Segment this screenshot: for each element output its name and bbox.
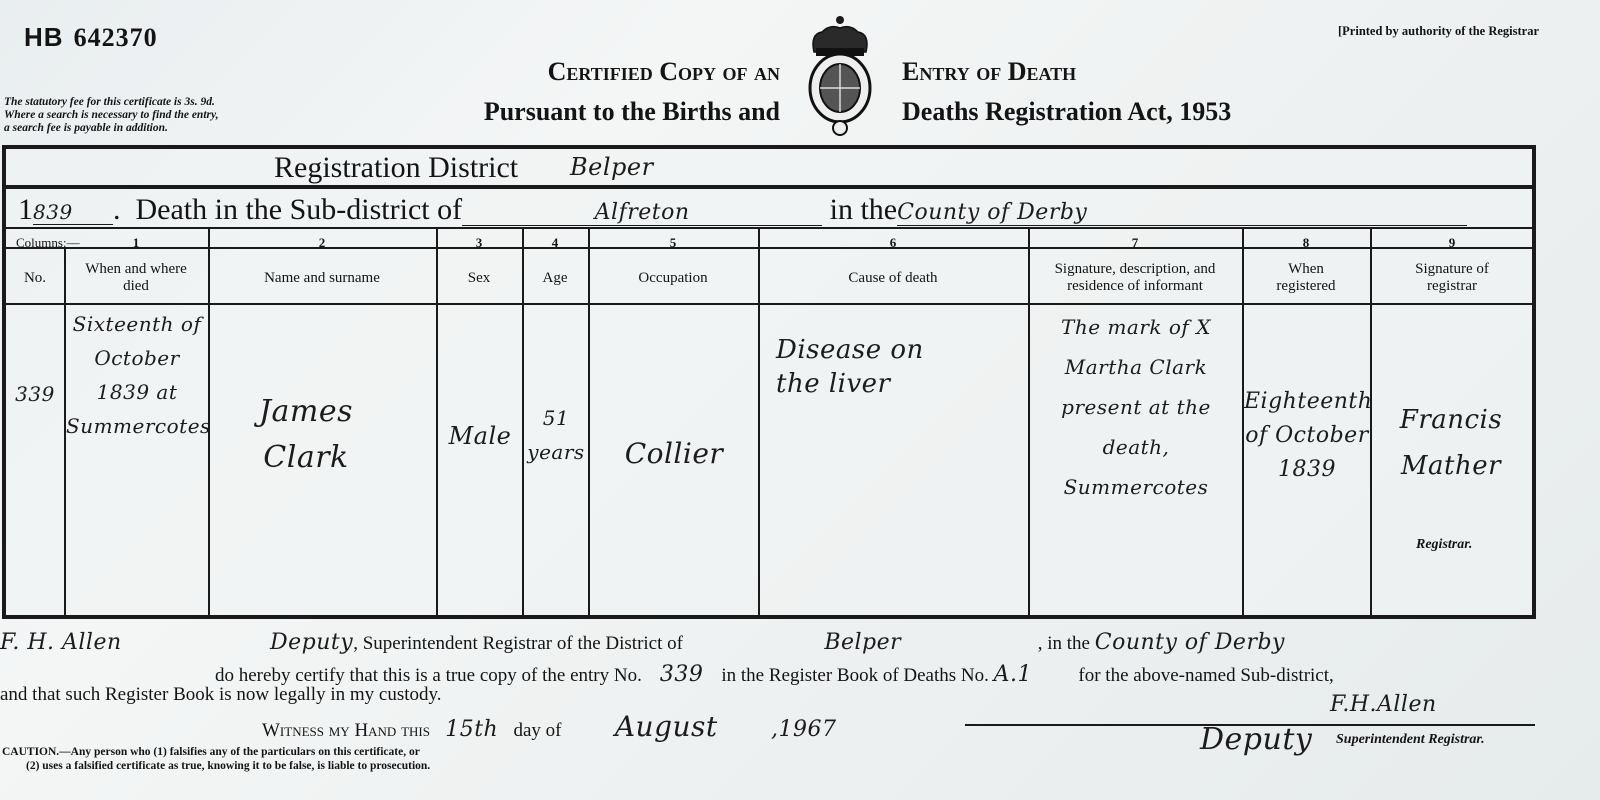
signatory-name: F. H. Allen — [0, 630, 270, 655]
entry-name: James Clark — [236, 389, 376, 481]
divider — [6, 227, 1532, 229]
column-number: 8 — [1242, 235, 1370, 251]
fee-notice-line: Where a search is necessary to find the … — [4, 109, 304, 122]
registration-district-value: Belper — [570, 153, 654, 181]
cert-text: in the Register Book of Deaths No. — [721, 665, 989, 686]
witness-line: Witness my Hand this 15th day of August … — [262, 710, 836, 743]
title-left: Certified Copy of an Pursuant to the Bir… — [400, 52, 780, 132]
column-header-cause: Cause of death — [758, 251, 1028, 305]
column-header-sex: Sex — [436, 251, 522, 305]
caution-line: (2) uses a falsified certificate as true… — [2, 759, 430, 773]
cert-text: for the above-named Sub-district, — [1078, 665, 1333, 686]
day-of-label: day of — [513, 720, 561, 741]
column-number: 2 — [208, 235, 436, 251]
signatory-role: Deputy — [270, 630, 353, 655]
column-header-when-where: When and where died — [64, 251, 208, 305]
serial-number: 642370 — [74, 23, 158, 52]
witness-month-value: August — [566, 710, 766, 743]
witness-day-value: 15th — [435, 717, 509, 742]
cert-text: , in the — [1038, 633, 1090, 654]
year-prefix: 1 — [18, 193, 33, 226]
title-left-line1: Certified Copy of an — [400, 52, 780, 92]
county-value: County of Derby — [897, 200, 1467, 226]
serial-prefix: HB — [24, 22, 64, 52]
column-number: 3 — [436, 235, 522, 251]
column-header-no: No. — [6, 251, 64, 305]
witness-year-value: ,1967 — [771, 717, 836, 742]
entry-informant: The mark of X Martha Clark present at th… — [1030, 307, 1242, 507]
cert-entry-no-value: 339 — [647, 662, 717, 687]
subdistrict-label: Death in the Sub-district of — [136, 193, 463, 226]
title-left-line2: Pursuant to the Births and — [400, 92, 780, 132]
column-header-when-registered: When registered — [1242, 251, 1370, 305]
entry-when-where-died: Sixteenth of October 1839 at Summercotes — [66, 307, 208, 443]
certificate-serial: HB642370 — [24, 22, 158, 53]
fee-notice: The statutory fee for this certificate i… — [4, 96, 304, 135]
caution-line: CAUTION.—Any person who (1) falsifies an… — [2, 745, 430, 759]
title-right-line1: Entry of Death — [902, 52, 1322, 92]
witness-label: Witness my Hand this — [262, 720, 430, 741]
title-right-line2: Deaths Registration Act, 1953 — [902, 92, 1322, 132]
divider — [6, 185, 1532, 189]
in-the-label: in the — [830, 193, 898, 226]
subdistrict-line: 1839. Death in the Sub-district ofAlfret… — [18, 193, 1467, 227]
entry-sex: Male — [438, 419, 522, 453]
column-number: 7 — [1028, 235, 1242, 251]
entry-age: 51 years — [524, 401, 588, 469]
entry-occupation: Collier — [590, 437, 758, 471]
subdistrict-value: Alfreton — [462, 200, 822, 226]
superintendent-registrar-label: Superintendent Registrar. — [1336, 732, 1485, 748]
registration-district-label: Registration District — [274, 151, 518, 185]
royal-coat-of-arms-icon — [800, 12, 880, 140]
entry-when-registered: Eighteenth of October 1839 — [1244, 385, 1370, 487]
register-entry-table: Registration District Belper 1839. Death… — [2, 145, 1536, 619]
entry-registrar-signature: Francis Mather — [1376, 397, 1526, 489]
title-right: Entry of Death Deaths Registration Act, … — [902, 52, 1322, 132]
caution-notice: CAUTION.—Any person who (1) falsifies an… — [2, 745, 430, 773]
registrar-label: Registrar. — [1416, 537, 1472, 553]
superintendent-signature: F.H.Allen — [1330, 692, 1437, 717]
cert-county-value: County of Derby — [1095, 630, 1285, 655]
column-header-informant: Signature, description, and residence of… — [1028, 251, 1242, 305]
column-number: 1 — [64, 235, 208, 251]
column-number: 5 — [588, 235, 758, 251]
cert-text: , Superintendent Registrar of the Distri… — [353, 633, 683, 654]
certification-line-3: and that such Register Book is now legal… — [0, 684, 442, 706]
fee-notice-line: The statutory fee for this certificate i… — [4, 96, 304, 109]
column-number: 6 — [758, 235, 1028, 251]
column-number: 4 — [522, 235, 588, 251]
cert-district-value: Belper — [688, 630, 1038, 655]
certification-line-1: F. H. AllenDeputy, Superintendent Regist… — [0, 630, 1285, 655]
cert-book-no-value: A.1 — [994, 662, 1074, 687]
entry-no: 339 — [6, 377, 64, 411]
column-header-age: Age — [522, 251, 588, 305]
column-header-registrar-signature: Signature of registrar — [1370, 251, 1534, 305]
column-header-occupation: Occupation — [588, 251, 758, 305]
cert-text: do hereby certify that this is a true co… — [215, 665, 642, 686]
deputy-handwritten: Deputy — [1200, 722, 1312, 757]
printed-by-notice: [Printed by authority of the Registrar — [1338, 24, 1539, 39]
year-value: 839 — [33, 200, 113, 225]
fee-notice-line: a search fee is payable in addition. — [4, 122, 304, 135]
column-number: 9 — [1370, 235, 1534, 251]
entry-cause-of-death: Disease on the liver — [776, 333, 976, 401]
column-header-name: Name and surname — [208, 251, 436, 305]
